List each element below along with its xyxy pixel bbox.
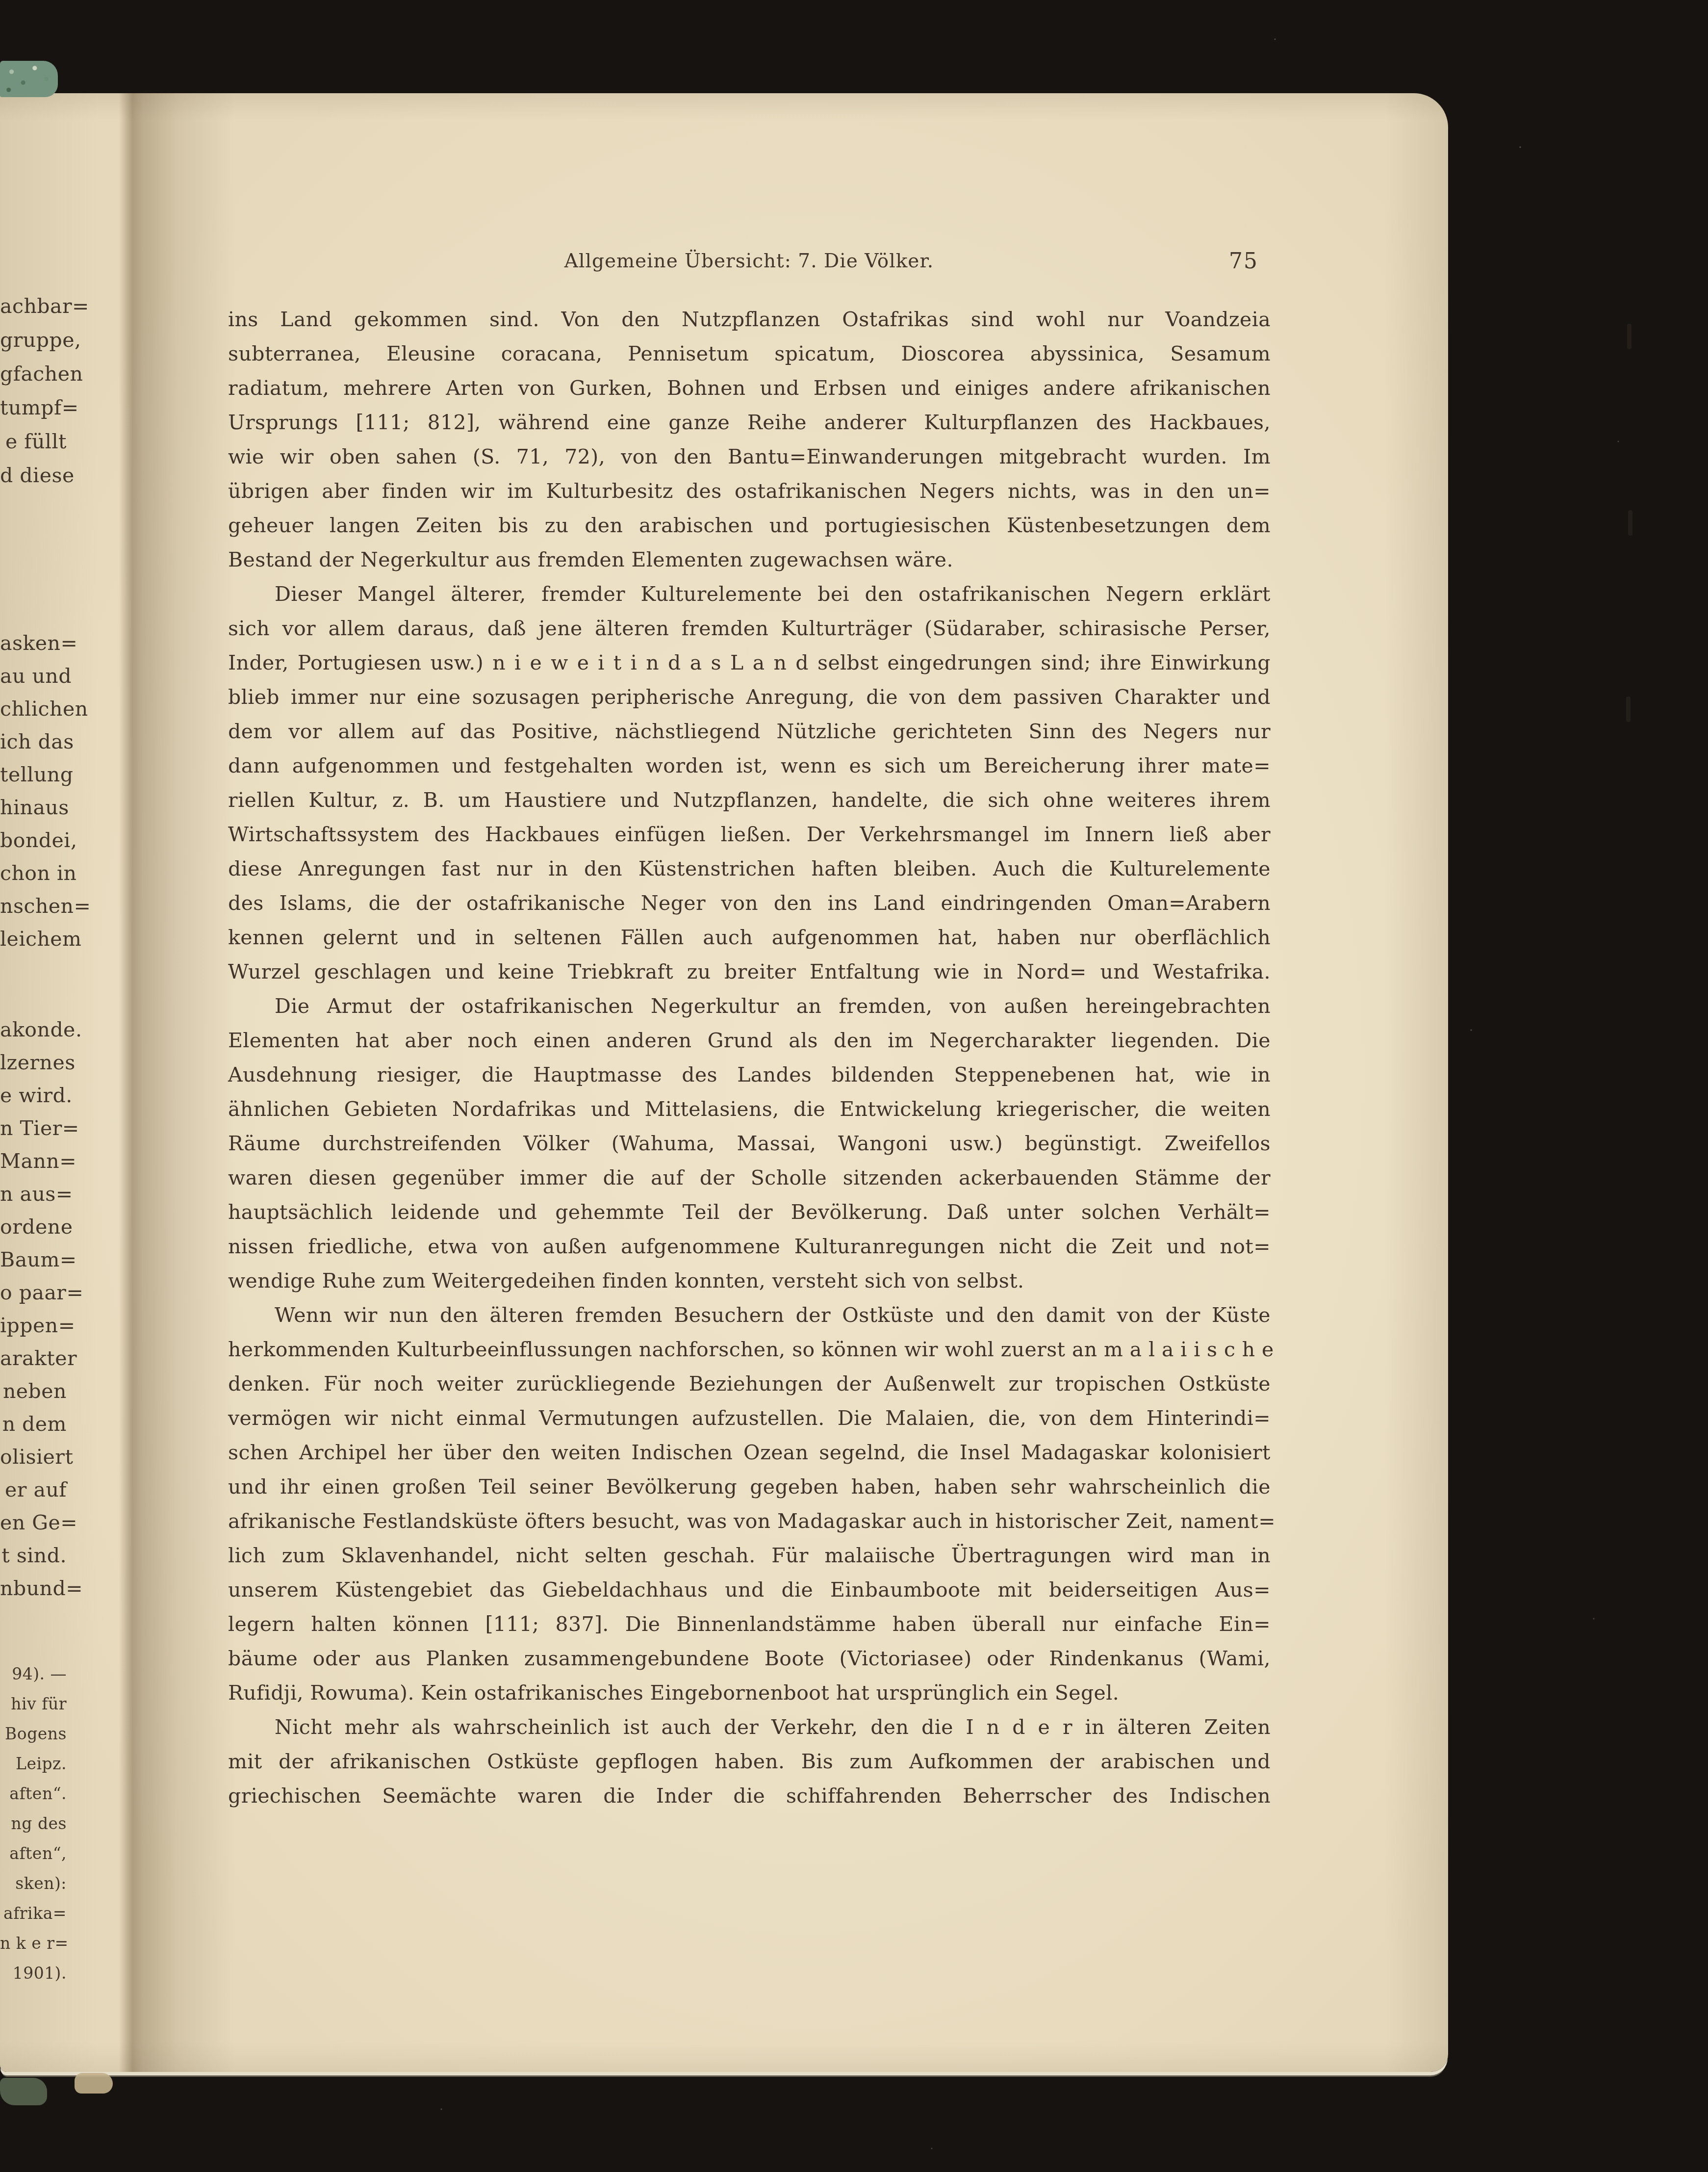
body-line: Wirtschaftssystem des Hackbaues einfügen… bbox=[228, 817, 1271, 852]
left-page-line: tumpf= bbox=[0, 391, 67, 425]
body-line: Inder, Portugiesen usw.) n i e w e i t i… bbox=[228, 646, 1271, 680]
body-line: ähnlichen Gebieten Nordafrikas und Mitte… bbox=[228, 1092, 1271, 1126]
body-line: und ihr einen großen Teil seiner Bevölke… bbox=[228, 1470, 1271, 1504]
body-line: bäume oder aus Planken zusammengebundene… bbox=[228, 1641, 1271, 1676]
scanned-book-photo: { "page": { "header": { "title": "Allgem… bbox=[0, 0, 1708, 2172]
left-page-line: neben bbox=[0, 1375, 67, 1408]
body-line: nissen friedliche, etwa von außen aufgen… bbox=[228, 1229, 1271, 1264]
left-page-line: asken= bbox=[0, 627, 67, 660]
page-number: 75 bbox=[1229, 244, 1258, 279]
left-page-line: arakter bbox=[0, 1342, 67, 1375]
left-page-line: Mann= bbox=[0, 1145, 67, 1178]
left-page-line: Bogens bbox=[0, 1719, 67, 1749]
body-line: übrigen aber finden wir im Kulturbesitz … bbox=[228, 474, 1271, 508]
left-page-line: akonde. bbox=[0, 1013, 67, 1046]
corner-debris bbox=[0, 2078, 47, 2105]
left-page-line: au und bbox=[0, 660, 67, 693]
body-line: des Islams, die der ostafrikanische Nege… bbox=[228, 886, 1271, 920]
body-line: unserem Küstengebiet das Giebeldachhaus … bbox=[228, 1573, 1271, 1607]
body-line: riellen Kultur, z. B. um Haustiere und N… bbox=[228, 783, 1271, 817]
left-page-fragment-group: 94). —hiv fürBogensLeipz.aften“.ng desaf… bbox=[0, 1659, 67, 1988]
left-page-line: chlichen bbox=[0, 693, 67, 725]
body-line: dann aufgenommen und festgehalten worden… bbox=[228, 749, 1271, 783]
left-page-line: hiv für bbox=[0, 1689, 67, 1719]
left-page-fragment-group: achbar=gruppe,gfachentumpf=e fülltd dies… bbox=[0, 289, 67, 492]
left-page-line: Baum= bbox=[0, 1243, 67, 1276]
body-line: sich vor allem daraus, daß jene älteren … bbox=[228, 611, 1271, 646]
left-page-line: o paar= bbox=[0, 1276, 67, 1309]
left-page-line: n dem bbox=[0, 1408, 67, 1441]
body-line: schen Archipel her über den weiten Indis… bbox=[228, 1435, 1271, 1470]
body-line: hauptsächlich leidende und gehemmte Teil… bbox=[228, 1195, 1271, 1229]
running-header: Allgemeine Übersicht: 7. Die Völker. 75 bbox=[228, 244, 1270, 279]
body-line: griechischen Seemächte waren die Inder d… bbox=[228, 1779, 1271, 1813]
body-line: legern halten können [111; 837]. Die Bin… bbox=[228, 1607, 1271, 1641]
body-line: Elementen hat aber noch einen anderen Gr… bbox=[228, 1023, 1271, 1058]
body-line: dem vor allem auf das Positive, nächstli… bbox=[228, 714, 1271, 749]
body-line: wendige Ruhe zum Weitergedeihen finden k… bbox=[228, 1264, 1271, 1298]
left-page-line: e füllt bbox=[0, 425, 67, 459]
body-line: lich zum Sklavenhandel, nicht selten ges… bbox=[228, 1538, 1271, 1573]
body-line: waren diesen gegenüber immer die auf der… bbox=[228, 1161, 1271, 1195]
body-line: denken. Für noch weiter zurückliegende B… bbox=[228, 1367, 1271, 1401]
left-page-fragments: achbar=gruppe,gfachentumpf=e fülltd dies… bbox=[0, 93, 123, 2072]
left-page-line: ng des bbox=[0, 1809, 67, 1838]
left-page-line: ippen= bbox=[0, 1309, 67, 1342]
body-line: geheuer langen Zeiten bis zu den arabisc… bbox=[228, 508, 1271, 543]
body-line: afrikanische Festlandsküste öfters besuc… bbox=[228, 1504, 1271, 1538]
binding-stitch bbox=[1628, 510, 1632, 536]
left-page-line: tellung bbox=[0, 758, 67, 791]
left-page-line: nbund= bbox=[0, 1572, 67, 1605]
body-line: Die Armut der ostafrikanischen Negerkult… bbox=[228, 989, 1271, 1023]
body-line: Bestand der Negerkultur aus fremden Elem… bbox=[228, 543, 1271, 577]
left-page-line: bondei, bbox=[0, 824, 67, 857]
left-page-line: n aus= bbox=[0, 1178, 67, 1211]
left-page-line: aften“. bbox=[0, 1779, 67, 1809]
body-line: kennen gelernt und in seltenen Fällen au… bbox=[228, 920, 1271, 955]
body-line: Dieser Mangel älterer, fremder Kulturele… bbox=[228, 577, 1271, 611]
left-page-line: e wird. bbox=[0, 1079, 67, 1112]
left-page-line: afrika= bbox=[0, 1898, 67, 1928]
left-page-line: 94). — bbox=[0, 1659, 67, 1689]
binding-stitch bbox=[1626, 697, 1631, 722]
body-line: Nicht mehr als wahrscheinlich ist auch d… bbox=[228, 1710, 1271, 1744]
body-line: subterranea, Eleusine coracana, Penniset… bbox=[228, 336, 1271, 371]
left-page-line: er auf bbox=[0, 1474, 67, 1506]
left-page-line: olisiert bbox=[0, 1441, 67, 1474]
body-line: Wurzel geschlagen und keine Triebkraft z… bbox=[228, 955, 1271, 989]
left-page-line: en Ge= bbox=[0, 1506, 67, 1539]
body-line: blieb immer nur eine sozusagen peripheri… bbox=[228, 680, 1271, 714]
left-page-line: chon in bbox=[0, 857, 67, 890]
body-line: Räume durchstreifenden Völker (Wahuma, M… bbox=[228, 1126, 1271, 1161]
left-page-line: t sind. bbox=[0, 1539, 67, 1572]
body-line: herkommenden Kulturbeeinflussungen nachf… bbox=[228, 1332, 1271, 1367]
left-page-line: gruppe, bbox=[0, 323, 67, 357]
left-page-line: Leipz. bbox=[0, 1749, 67, 1779]
body-line: vermögen wir nicht einmal Vermutungen au… bbox=[228, 1401, 1271, 1435]
left-page-line: achbar= bbox=[0, 289, 67, 323]
body-line: Ausdehnung riesiger, die Hauptmasse des … bbox=[228, 1058, 1271, 1092]
body-line: diese Anregungen fast nur in den Küstens… bbox=[228, 852, 1271, 886]
left-page-line: lzernes bbox=[0, 1046, 67, 1079]
left-page-line: ich das bbox=[0, 725, 67, 758]
left-page-line: gfachen bbox=[0, 357, 67, 391]
page-corner-peek bbox=[75, 2073, 113, 2094]
text-block: ins Land gekommen sind. Von den Nutzpfla… bbox=[228, 302, 1271, 1813]
body-line: radiatum, mehrere Arten von Gurken, Bohn… bbox=[228, 371, 1271, 405]
left-page-line: hinaus bbox=[0, 791, 67, 824]
body-line: Wenn wir nun den älteren fremden Besuche… bbox=[228, 1298, 1271, 1332]
body-line: Rufidji, Rowuma). Kein ostafrikanisches … bbox=[228, 1676, 1271, 1710]
page-header-title: Allgemeine Übersicht: 7. Die Völker. bbox=[228, 244, 1270, 279]
body-line: Ursprungs [111; 812], während eine ganze… bbox=[228, 405, 1271, 440]
left-page-line: n k e r= bbox=[0, 1928, 67, 1958]
left-page-line: 1901). bbox=[0, 1958, 67, 1988]
left-page-line: ordene bbox=[0, 1211, 67, 1243]
binding-stitch bbox=[1627, 324, 1632, 349]
left-page-fragment-group: asken=au undchlichenich dastellunghinaus… bbox=[0, 627, 67, 956]
left-page-line: sken): bbox=[0, 1868, 67, 1898]
left-page-line: aften“, bbox=[0, 1838, 67, 1868]
left-page-line: n Tier= bbox=[0, 1112, 67, 1145]
left-page-fragment-group: akonde.lzernese wird.n Tier=Mann=n aus=o… bbox=[0, 1013, 67, 1605]
headband-fabric bbox=[0, 61, 58, 97]
left-page-line: nschen= bbox=[0, 890, 67, 923]
body-line: wie wir oben sahen (S. 71, 72), von den … bbox=[228, 440, 1271, 474]
left-page-line: d diese bbox=[0, 459, 67, 492]
body-line: ins Land gekommen sind. Von den Nutzpfla… bbox=[228, 302, 1271, 336]
left-page-line: leichem bbox=[0, 923, 67, 956]
body-line: mit der afrikanischen Ostküste gepflogen… bbox=[228, 1744, 1271, 1779]
